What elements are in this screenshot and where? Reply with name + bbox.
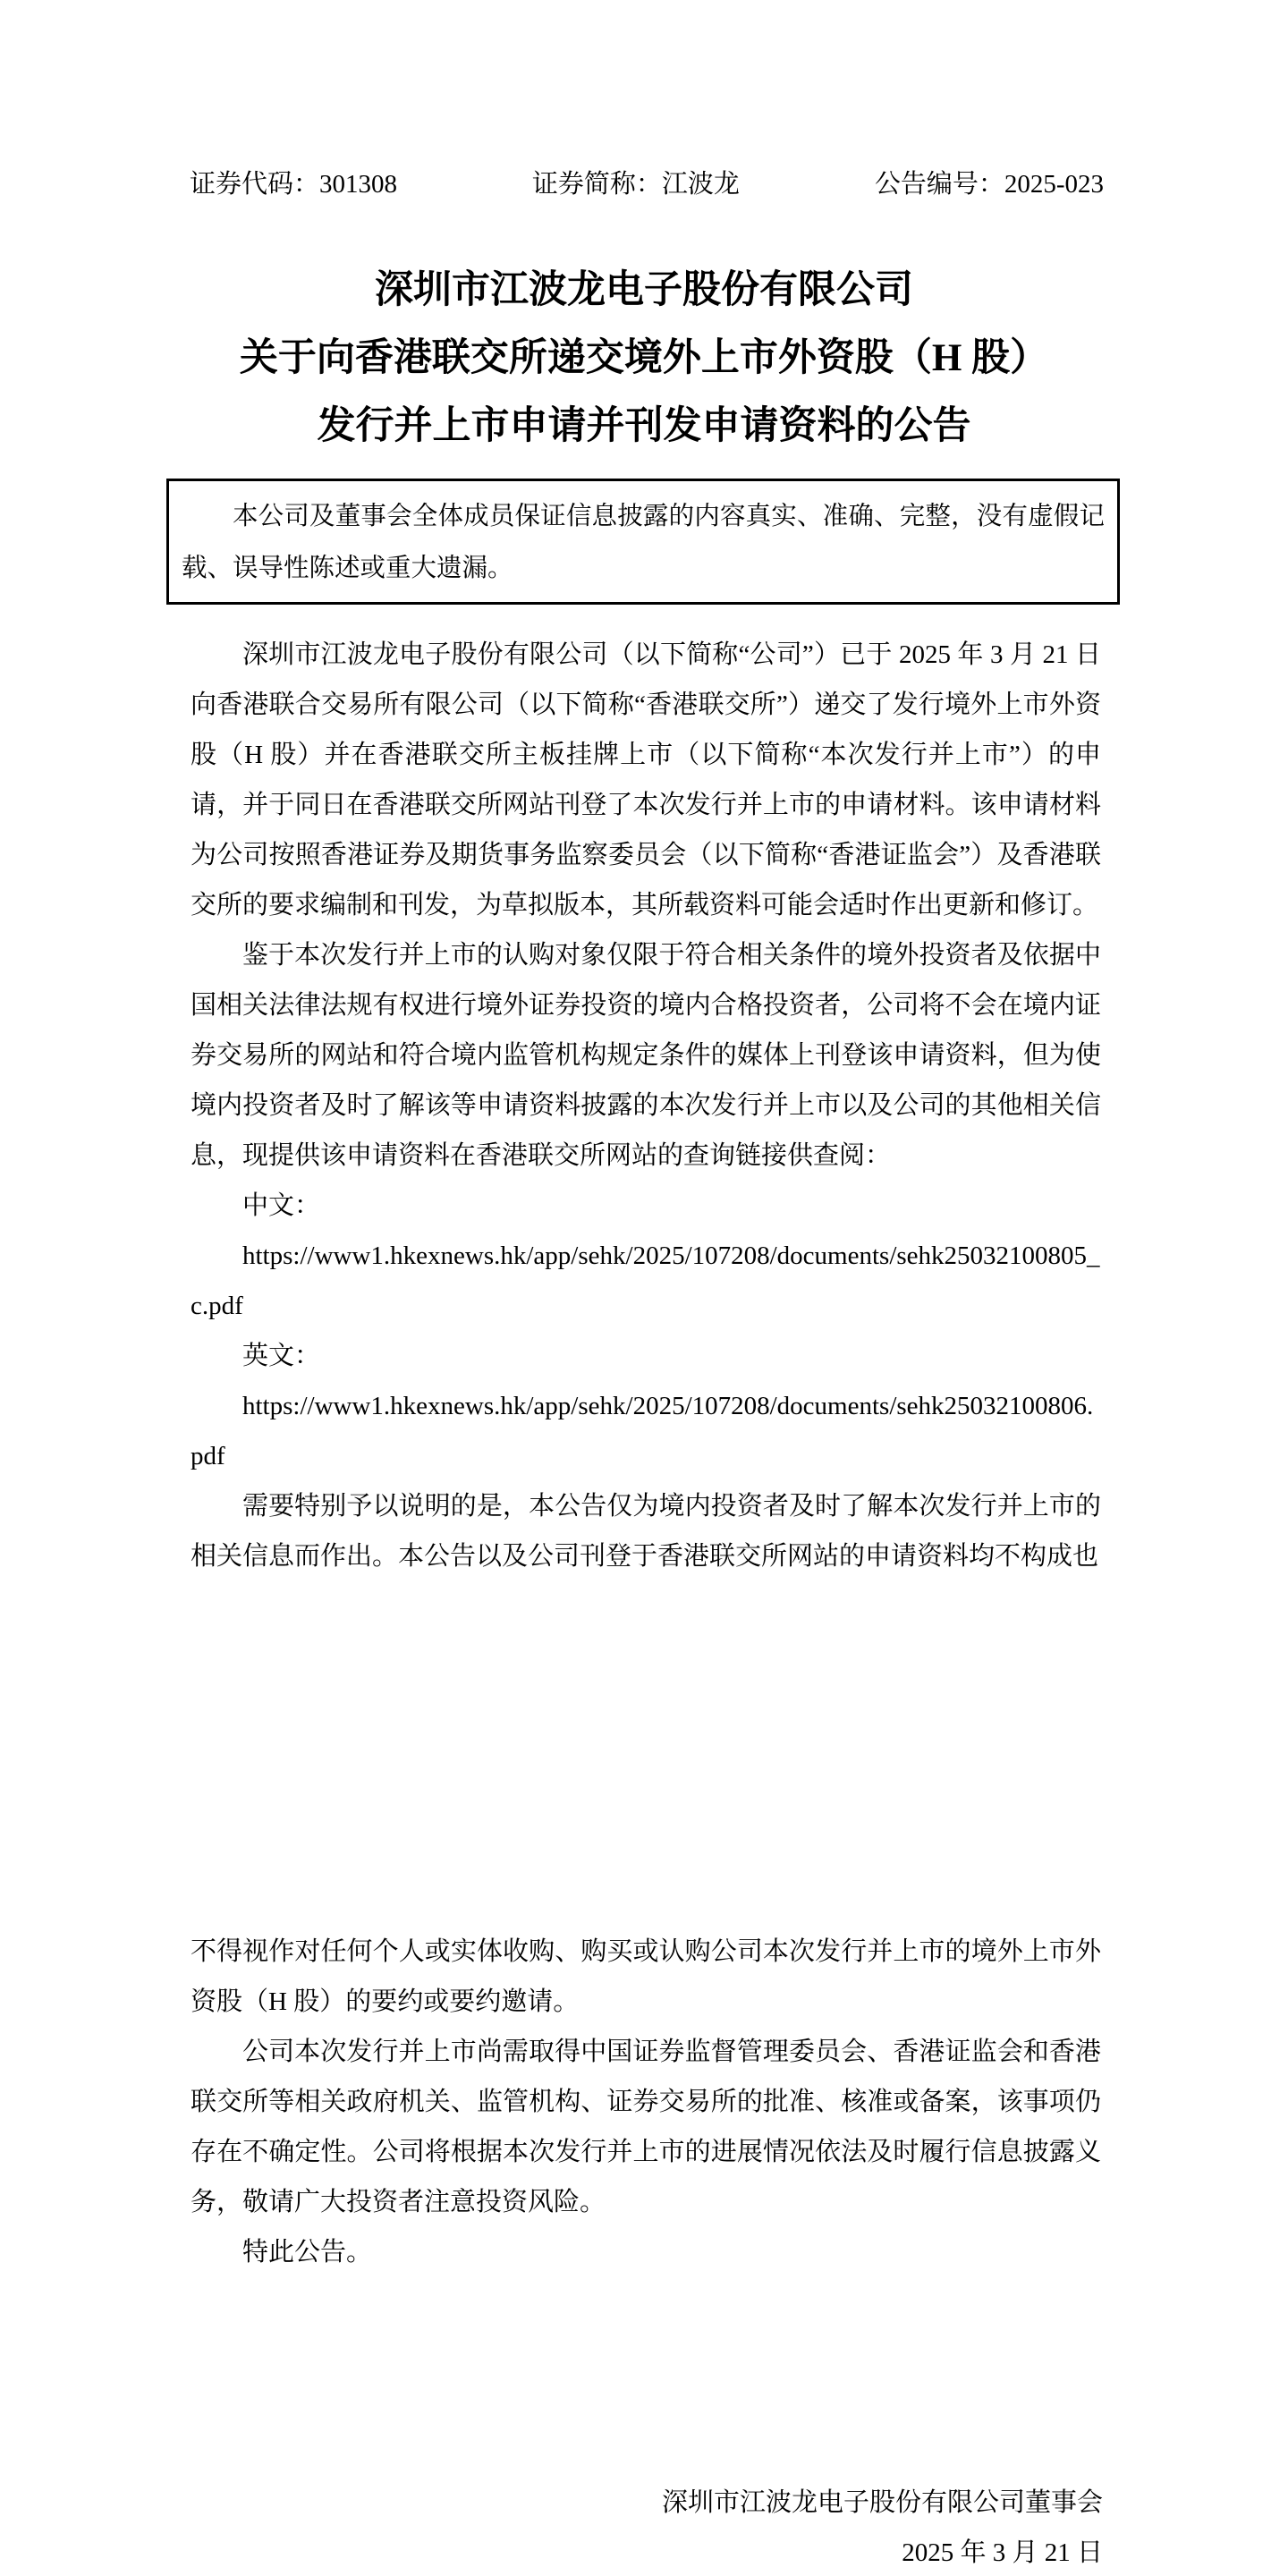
title-line-2: 关于向香港联交所递交境外上市外资股（H 股） [0, 325, 1288, 393]
title-line-3: 发行并上市申请并刊发申请资料的公告 [0, 393, 1288, 461]
para-disclaimer-part1: 需要特别予以说明的是，本公告仅为境内投资者及时了解本次发行并上市的相关信息而作出… [191, 1481, 1101, 1581]
board-statement-text: 本公司及董事会全体成员保证信息披露的内容真实、准确、完整，没有虚假记载、误导性陈… [182, 491, 1105, 595]
para-disclaimer-part2: 不得视作对任何个人或实体收购、购买或认购公司本次发行并上市的境外上市外资股（H … [191, 1927, 1101, 2027]
english-version-label: 英文： [191, 1331, 1101, 1381]
announcement-number: 公告编号：2025-023 [875, 166, 1104, 202]
stock-name: 证券简称：江波龙 [532, 166, 740, 202]
stock-code: 证券代码：301308 [190, 166, 397, 202]
signature-block: 深圳市江波龙电子股份有限公司董事会 2025 年 3 月 21 日 [191, 2478, 1103, 2576]
signature-company: 深圳市江波龙电子股份有限公司董事会 [191, 2478, 1103, 2528]
board-statement-box: 本公司及董事会全体成员保证信息披露的内容真实、准确、完整，没有虚假记载、误导性陈… [166, 479, 1120, 605]
page-break-gap [191, 1581, 1101, 1927]
chinese-version-label: 中文： [191, 1181, 1101, 1231]
chinese-version-url[interactable]: https://www1.hkexnews.hk/app/sehk/2025/1… [191, 1231, 1101, 1331]
signature-date: 2025 年 3 月 21 日 [191, 2528, 1103, 2576]
title-line-1: 深圳市江波龙电子股份有限公司 [0, 257, 1288, 325]
para-investors: 鉴于本次发行并上市的认购对象仅限于符合相关条件的境外投资者及依据中国相关法律法规… [191, 930, 1101, 1181]
para-submission: 深圳市江波龙电子股份有限公司（以下简称“公司”）已于 2025 年 3 月 21… [191, 630, 1101, 930]
document-header-row: 证券代码：301308 证券简称：江波龙 公告编号：2025-023 [190, 166, 1104, 202]
announcement-body: 深圳市江波龙电子股份有限公司（以下简称“公司”）已于 2025 年 3 月 21… [191, 630, 1101, 2277]
document-page: 证券代码：301308 证券简称：江波龙 公告编号：2025-023 深圳市江波… [0, 0, 1288, 2576]
page-title: 深圳市江波龙电子股份有限公司 关于向香港联交所递交境外上市外资股（H 股） 发行… [0, 257, 1288, 461]
para-approval: 公司本次发行并上市尚需取得中国证券监督管理委员会、香港证监会和香港联交所等相关政… [191, 2027, 1101, 2227]
english-version-url[interactable]: https://www1.hkexnews.hk/app/sehk/2025/1… [191, 1381, 1101, 1481]
closing-line: 特此公告。 [191, 2227, 1101, 2277]
